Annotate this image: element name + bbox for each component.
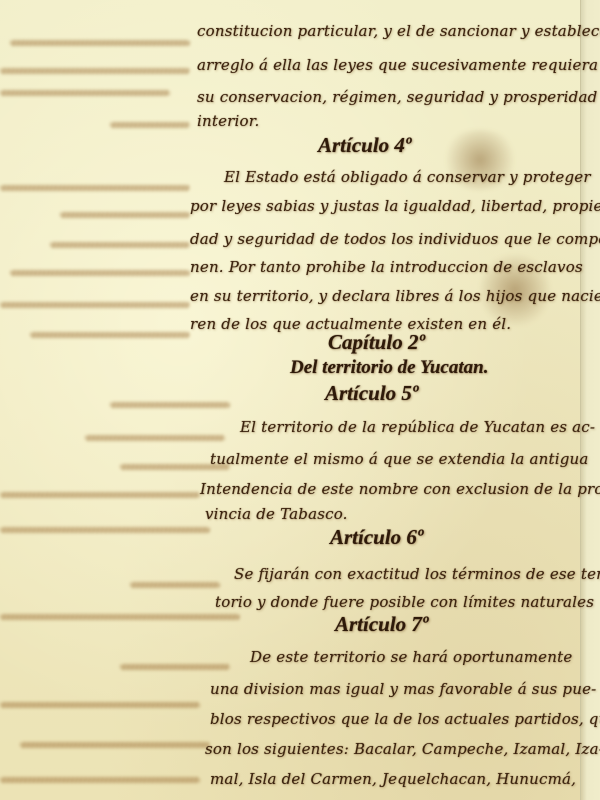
text-line: nen. Por tanto prohibe la introduccion d… (190, 258, 583, 276)
text-line: blos respectivos que la de los actuales … (210, 710, 600, 728)
text-line: tualmente el mismo á que se extendia la … (210, 450, 589, 468)
text-line: dad y seguridad de todos los individuos … (190, 230, 600, 248)
manuscript-text: constitucion particular, y el de sancion… (0, 0, 600, 800)
text-line: De este territorio se hará oportunamente (250, 648, 572, 666)
text-line: por leyes sabias y justas la igualdad, l… (190, 197, 600, 215)
text-line: en su territorio, y declara libres á los… (190, 287, 600, 305)
text-line: mal, Isla del Carmen, Jequelchacan, Hunu… (210, 770, 576, 788)
text-line: Intendencia de este nombre con exclusion… (200, 480, 600, 498)
text-line: interior. (197, 112, 259, 130)
text-line: su conservacion, régimen, seguridad y pr… (197, 88, 597, 106)
text-line: vincia de Tabasco. (205, 505, 348, 523)
text-line: El Estado está obligado á conservar y pr… (224, 168, 591, 186)
text-line: El territorio de la república de Yucatan… (240, 418, 595, 436)
text-line: una division mas igual y mas favorable á… (210, 680, 596, 698)
article-7-heading: Artículo 7º (335, 612, 428, 637)
text-line: torio y donde fuere posible con límites … (215, 593, 594, 611)
text-line: Se fijarán con exactitud los términos de… (234, 565, 600, 583)
article-4-heading: Artículo 4º (318, 133, 411, 158)
article-5-heading: Artículo 5º (325, 381, 418, 406)
text-line: arreglo á ella las leyes que sucesivamen… (197, 56, 598, 74)
chapter-2-heading: Capítulo 2º (328, 330, 425, 355)
article-6-heading: Artículo 6º (330, 525, 423, 550)
text-line: son los siguientes: Bacalar, Campeche, I… (205, 740, 600, 758)
chapter-2-subheading: Del territorio de Yucatan. (290, 357, 488, 379)
text-line: constitucion particular, y el de sancion… (197, 22, 600, 40)
